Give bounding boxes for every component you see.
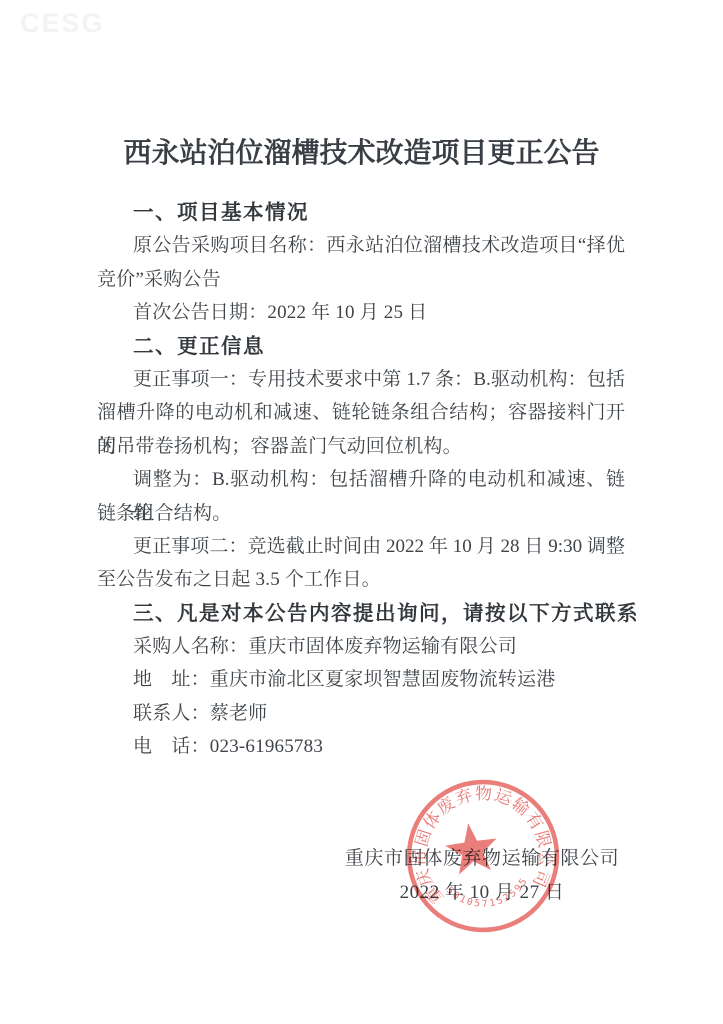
doc-line: 溜槽升降的电动机和减速、链轮链条组合结构；容器接料门开闭 bbox=[97, 396, 625, 429]
doc-line: 的吊带卷扬机构；容器盖门气动回位机构。 bbox=[97, 430, 625, 463]
doc-line: 链条组合结构。 bbox=[97, 497, 625, 530]
doc-line: 竞价”采购公告 bbox=[97, 263, 625, 296]
doc-line: 采购人名称：重庆市固体废弃物运输有限公司 bbox=[97, 630, 625, 663]
doc-line: 至公告发布之日起 3.5 个工作日。 bbox=[97, 563, 625, 596]
doc-line: 更正事项二：竞选截止时间由 2022 年 10 月 28 日 9:30 调整 bbox=[97, 530, 625, 563]
announcement-page: CESG 西永站泊位溜槽技术改造项目更正公告 一、项目基本情况原公告采购项目名称… bbox=[0, 0, 723, 1024]
doc-line: 更正事项一：专用技术要求中第 1.7 条：B.驱动机构：包括 bbox=[97, 363, 625, 396]
signature-company: 重庆市固体废弃物运输有限公司 bbox=[340, 842, 624, 876]
signature-date: 2022 年 10 月 27 日 bbox=[340, 876, 624, 910]
signature-block: 重庆市固体废弃物运输有限公司 2022 年 10 月 27 日 bbox=[340, 842, 624, 910]
section-heading: 三、凡是对本公告内容提出询问，请按以下方式联系 bbox=[97, 597, 625, 630]
doc-line: 联系人：蔡老师 bbox=[97, 697, 625, 730]
doc-line: 地 址：重庆市渝北区夏家坝智慧固废物流转运港 bbox=[97, 663, 625, 696]
doc-line: 首次公告日期：2022 年 10 月 25 日 bbox=[97, 296, 625, 329]
page-title: 西永站泊位溜槽技术改造项目更正公告 bbox=[0, 131, 723, 171]
doc-line: 原公告采购项目名称：西永站泊位溜槽技术改造项目“择优 bbox=[97, 229, 625, 262]
section-heading: 一、项目基本情况 bbox=[97, 196, 625, 229]
cesg-watermark: CESG bbox=[20, 8, 105, 39]
doc-line: 调整为：B.驱动机构：包括溜槽升降的电动机和减速、链轮 bbox=[97, 463, 625, 496]
section-heading: 二、更正信息 bbox=[97, 330, 625, 363]
doc-line: 电 话：023-61965783 bbox=[97, 730, 625, 763]
document-body: 一、项目基本情况原公告采购项目名称：西永站泊位溜槽技术改造项目“择优竞价”采购公… bbox=[97, 196, 625, 764]
